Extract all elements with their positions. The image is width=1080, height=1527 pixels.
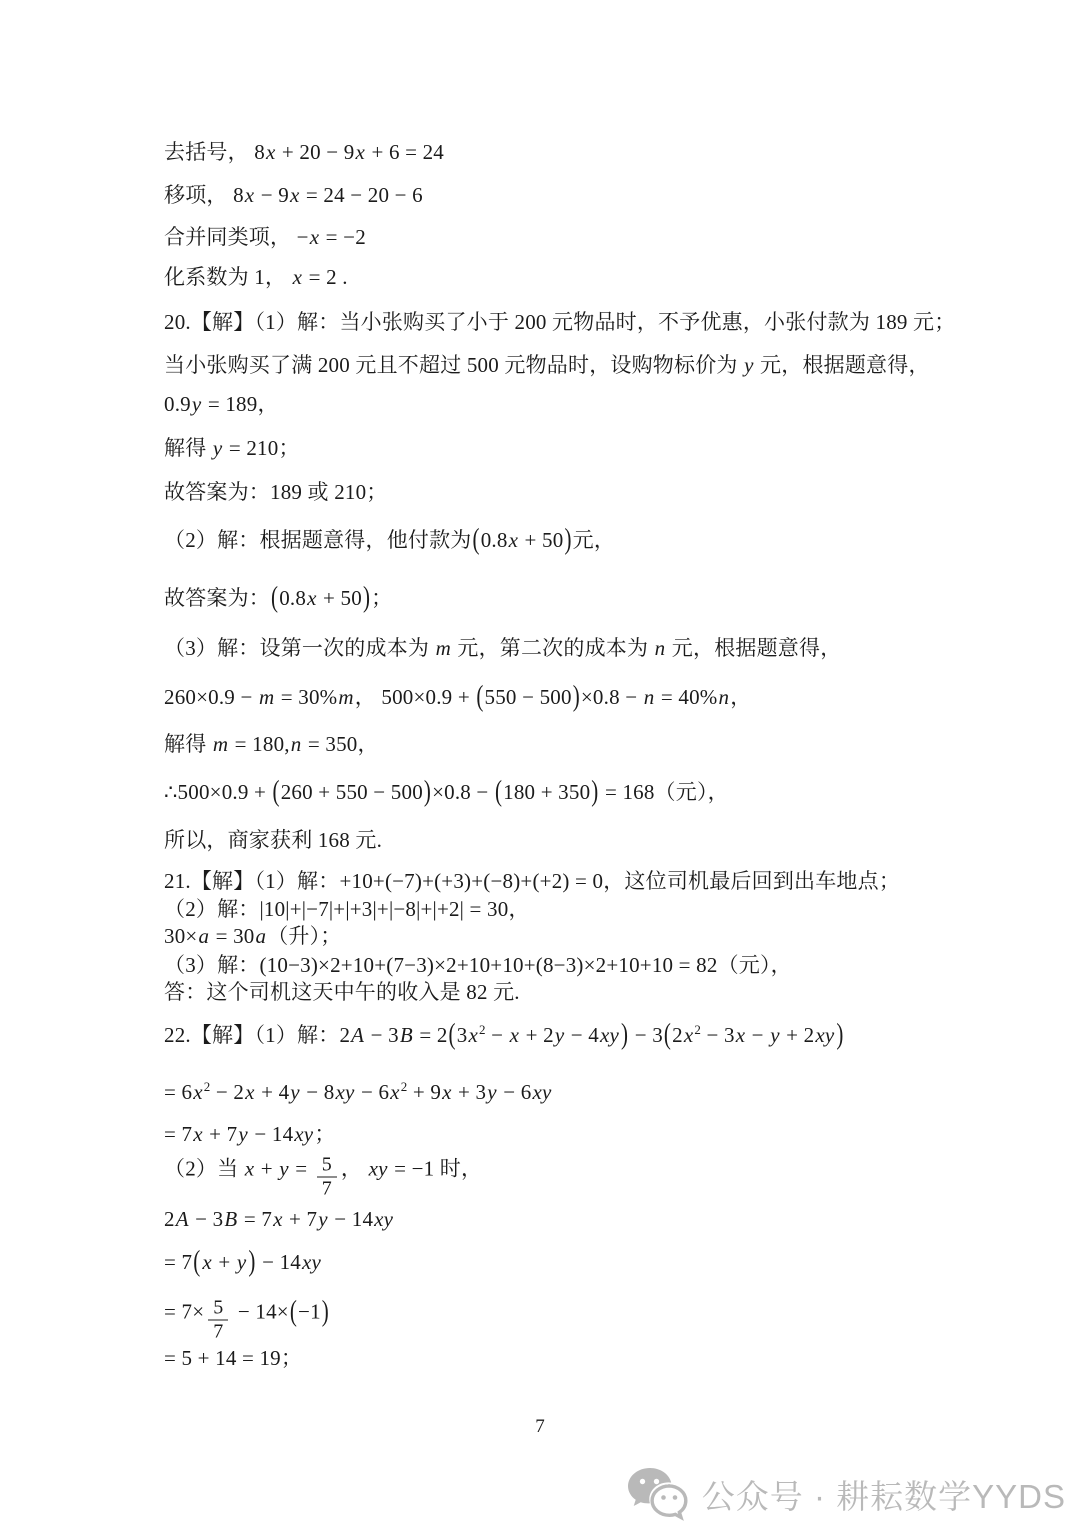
text-segment: y bbox=[237, 1122, 249, 1146]
fraction: 57 bbox=[208, 1298, 228, 1343]
solution-line: 答：这个司机这天中午的收入是 82 元. bbox=[164, 979, 520, 1005]
text-segment: − 14 bbox=[249, 1122, 293, 1146]
text-segment: = −1 bbox=[389, 1157, 435, 1181]
wechat-icon bbox=[626, 1466, 690, 1522]
text-segment: m bbox=[212, 732, 229, 756]
text-segment: = 180, bbox=[229, 732, 290, 756]
solution-line: 30×a = 30a（升）； bbox=[164, 923, 342, 949]
text-segment: − 2 bbox=[210, 1080, 244, 1104]
text-segment: 0.8 bbox=[279, 586, 306, 610]
text-segment: − 9 bbox=[255, 183, 289, 207]
text-segment: x bbox=[354, 140, 366, 164]
text-segment: 21.【解】（1）解： bbox=[164, 869, 339, 893]
text-segment: xy bbox=[599, 1023, 620, 1047]
watermark: 公众号 · 耕耘数学YYDS bbox=[626, 1466, 1066, 1522]
text-segment: − 8 bbox=[301, 1080, 335, 1104]
solution-line: （2）解：|10|+|−7|+|+3|+|−8|+|+2| = 30， bbox=[164, 896, 530, 922]
text-segment: 2 bbox=[339, 1023, 350, 1047]
solution-line: = 6x2 − 2x + 4y − 8xy − 6x2 + 9x + 3y − … bbox=[164, 1079, 552, 1105]
solution-line: 化系数为 1， x = 2 . bbox=[164, 264, 348, 290]
text-segment: + 7 bbox=[284, 1207, 318, 1231]
text-segment: − 6 bbox=[356, 1080, 390, 1104]
document-page: 去括号， 8x + 20 − 9x + 6 = 24移项， 8x − 9x = … bbox=[0, 0, 1080, 1527]
solution-line: 合并同类项， −x = −2 bbox=[164, 224, 366, 250]
text-segment: = 168 bbox=[600, 780, 655, 804]
text-segment: = 7 bbox=[164, 1122, 192, 1146]
text-segment: x bbox=[441, 1080, 453, 1104]
text-segment: − bbox=[297, 225, 309, 249]
text-segment: − 6 bbox=[498, 1080, 532, 1104]
text-segment: = 189 bbox=[202, 392, 257, 416]
text-segment: （2）当 bbox=[164, 1157, 244, 1181]
text-segment: y bbox=[486, 1080, 498, 1104]
text-segment: xy bbox=[334, 1080, 355, 1104]
text-segment: 2 bbox=[672, 1023, 683, 1047]
text-segment: 180 + 350 bbox=[503, 780, 590, 804]
text-segment: x bbox=[306, 586, 318, 610]
text-segment: = 30% bbox=[275, 685, 337, 709]
text-segment: = 210 bbox=[223, 436, 278, 460]
text-segment: = 7 bbox=[164, 1250, 192, 1274]
text-segment: ； bbox=[314, 1122, 335, 1146]
text-segment: y bbox=[769, 1023, 781, 1047]
text-segment: 化系数为 1， bbox=[164, 265, 292, 289]
solution-line: = 7×57 − 14×(−1) bbox=[164, 1298, 330, 1343]
text-segment: x bbox=[292, 265, 304, 289]
solution-line: （3）解：(10−3)×2+10+(7−3)×2+10+10+(8−3)×2+1… bbox=[164, 952, 792, 978]
text-segment: + 2 bbox=[781, 1023, 815, 1047]
text-segment: （元）， bbox=[655, 780, 729, 804]
solution-line: 所以，商家获利 168 元. bbox=[164, 827, 382, 853]
text-segment: 元， bbox=[573, 528, 615, 552]
text-segment: 8 bbox=[233, 183, 244, 207]
text-segment: x bbox=[265, 140, 277, 164]
text-segment: = 30 bbox=[210, 924, 254, 948]
text-segment: ×0.8 − bbox=[432, 780, 494, 804]
text-segment: ) bbox=[572, 677, 581, 714]
text-segment: 3 bbox=[457, 1023, 468, 1047]
text-segment: = 2 . bbox=[303, 265, 348, 289]
text-segment: 移项， bbox=[164, 183, 233, 207]
text-segment: + 9 bbox=[407, 1080, 441, 1104]
solution-line: 21.【解】（1）解：+10+(−7)+(+3)+(−8)+(+2) = 0，这… bbox=[164, 868, 900, 894]
text-segment: y bbox=[554, 1023, 566, 1047]
text-segment: = 350 bbox=[302, 732, 357, 756]
text-segment: ( bbox=[472, 520, 481, 557]
text-segment: + 20 − 9 bbox=[276, 140, 354, 164]
text-segment: 0.8 bbox=[481, 528, 508, 552]
text-segment: 2 bbox=[164, 1207, 175, 1231]
text-segment: = 7× bbox=[164, 1300, 204, 1324]
text-segment: ， bbox=[508, 897, 529, 921]
text-segment: 合并同类项， bbox=[164, 225, 297, 249]
text-segment: 0.9 bbox=[164, 392, 191, 416]
text-segment: 260×0.9 − bbox=[164, 685, 258, 709]
text-segment: ) bbox=[563, 520, 572, 557]
text-segment: A bbox=[350, 1023, 365, 1047]
solution-line: 解得 y = 210； bbox=[164, 435, 300, 461]
text-segment: x bbox=[192, 1122, 204, 1146]
text-segment: x bbox=[683, 1023, 695, 1047]
text-segment: ) bbox=[321, 1292, 330, 1329]
text-segment: xy bbox=[301, 1250, 322, 1274]
text-segment: （3）解：设第一次的成本为 bbox=[164, 636, 435, 660]
text-segment: − 4 bbox=[565, 1023, 599, 1047]
text-segment: − 3 bbox=[701, 1023, 735, 1047]
text-segment: 500×0.9 + bbox=[381, 685, 475, 709]
solution-line: = 5 + 14 = 19； bbox=[164, 1345, 302, 1371]
solution-line: 故答案为：(0.8x + 50)； bbox=[164, 585, 392, 611]
text-segment: x bbox=[509, 1023, 521, 1047]
text-segment: 550 − 500 bbox=[485, 685, 572, 709]
text-segment: − 14 bbox=[329, 1207, 373, 1231]
superscript: 2 bbox=[479, 1022, 486, 1037]
text-segment: ) bbox=[835, 1015, 844, 1052]
text-segment: ) bbox=[590, 772, 599, 809]
text-segment: ( bbox=[475, 677, 484, 714]
text-segment: − bbox=[486, 1023, 509, 1047]
text-segment: A bbox=[175, 1207, 190, 1231]
text-segment: B bbox=[399, 1023, 414, 1047]
text-segment: xy bbox=[368, 1157, 389, 1181]
text-segment: + 4 bbox=[256, 1080, 290, 1104]
text-segment: + 6 = 24 bbox=[366, 140, 444, 164]
solution-line: = 7(x + y) − 14xy bbox=[164, 1249, 322, 1275]
text-segment: x bbox=[508, 528, 520, 552]
text-segment: ； bbox=[278, 436, 299, 460]
text-segment: （2）解：根据题意得，他付款为 bbox=[164, 528, 472, 552]
text-segment: xy bbox=[814, 1023, 835, 1047]
solution-line: = 7x + 7y − 14xy； bbox=[164, 1121, 336, 1147]
text-segment: ， bbox=[357, 732, 378, 756]
text-segment: y bbox=[236, 1250, 248, 1274]
text-segment: x bbox=[244, 1080, 256, 1104]
text-segment: + bbox=[213, 1250, 236, 1274]
text-segment: x bbox=[192, 1080, 204, 1104]
text-segment: x bbox=[389, 1080, 401, 1104]
text-segment: m bbox=[258, 685, 275, 709]
watermark-text: 公众号 · 耕耘数学YYDS bbox=[702, 1471, 1066, 1518]
solution-line: 去括号， 8x + 20 − 9x + 6 = 24 bbox=[164, 139, 444, 165]
text-segment: y bbox=[743, 353, 755, 377]
text-segment: xy bbox=[531, 1080, 552, 1104]
text-segment: − 3 bbox=[190, 1207, 224, 1231]
text-segment: + 3 bbox=[453, 1080, 487, 1104]
text-segment: = −2 bbox=[320, 225, 366, 249]
text-segment: m bbox=[435, 636, 452, 660]
text-segment: x bbox=[289, 183, 301, 207]
text-segment: − 14× bbox=[232, 1300, 288, 1324]
text-segment: 20.【解】（1）解：当小张购买了小于 200 元物品时，不予优惠，小张付款为 … bbox=[164, 310, 955, 334]
solution-line: （2）解：根据题意得，他付款为(0.8x + 50)元， bbox=[164, 527, 615, 553]
text-segment: = 24 − 20 − 6 bbox=[300, 183, 422, 207]
solution-line: （2）当 x + y = 57， xy = −1 时， bbox=[164, 1155, 482, 1200]
text-segment: ) bbox=[423, 772, 432, 809]
text-segment: a bbox=[255, 924, 268, 948]
text-segment: ( bbox=[663, 1015, 672, 1052]
text-segment: ( bbox=[272, 772, 281, 809]
solution-line: 0.9y = 189， bbox=[164, 391, 279, 417]
text-segment: ， bbox=[355, 685, 382, 709]
text-segment: ( bbox=[192, 1242, 201, 1279]
text-segment: +10+(−7)+(+3)+(−8)+(+2) = 0 bbox=[339, 869, 603, 893]
solution-line: 当小张购买了满 200 元且不超过 500 元物品时，设购物标价为 y 元，根据… bbox=[164, 352, 930, 378]
text-segment: 故答案为： bbox=[164, 586, 270, 610]
text-segment: x bbox=[309, 225, 321, 249]
text-segment: 元，根据题意得， bbox=[666, 636, 841, 660]
page-number: 7 bbox=[0, 1416, 1080, 1438]
text-segment: + 50 bbox=[318, 586, 362, 610]
text-segment: ( bbox=[270, 578, 279, 615]
text-segment: x bbox=[467, 1023, 479, 1047]
text-segment: ，这位司机最后回到出车地点； bbox=[603, 869, 900, 893]
text-segment: y bbox=[278, 1157, 290, 1181]
text-segment: 解得 bbox=[164, 436, 212, 460]
text-segment: ( bbox=[289, 1292, 298, 1329]
text-segment: ( bbox=[494, 772, 503, 809]
fraction-numerator: 5 bbox=[208, 1298, 228, 1320]
text-segment: − 14 bbox=[257, 1250, 301, 1274]
text-segment: x bbox=[244, 183, 256, 207]
text-segment: 8 bbox=[254, 140, 265, 164]
text-segment: ×0.8 − bbox=[581, 685, 643, 709]
text-segment: + bbox=[255, 1157, 278, 1181]
text-segment: xy bbox=[373, 1207, 394, 1231]
text-segment: 时， bbox=[434, 1157, 482, 1181]
text-segment: ∴500×0.9 + bbox=[164, 780, 272, 804]
text-segment: = 2 bbox=[414, 1023, 448, 1047]
text-segment: −1 bbox=[298, 1300, 321, 1324]
text-segment: 去括号， bbox=[164, 140, 254, 164]
solution-line: 260×0.9 − m = 30%m， 500×0.9 + (550 − 500… bbox=[164, 684, 751, 710]
text-segment: （升）； bbox=[267, 924, 341, 948]
text-segment: 所以，商家获利 168 元. bbox=[164, 828, 382, 852]
text-segment: n bbox=[654, 636, 667, 660]
text-segment: n bbox=[717, 685, 730, 709]
text-segment: ) bbox=[362, 578, 371, 615]
text-segment: = 40% bbox=[655, 685, 717, 709]
text-segment: y bbox=[191, 392, 203, 416]
text-segment: 元，根据题意得， bbox=[755, 353, 930, 377]
fraction-denominator: 7 bbox=[317, 1177, 337, 1200]
solution-line: 解得 m = 180,n = 350， bbox=[164, 731, 379, 757]
text-segment: − 3 bbox=[629, 1023, 663, 1047]
solution-line: （3）解：设第一次的成本为 m 元，第二次的成本为 n 元，根据题意得， bbox=[164, 635, 841, 661]
text-segment: xy bbox=[293, 1122, 314, 1146]
text-segment: − bbox=[746, 1023, 769, 1047]
text-segment: = 5 + 14 = 19 bbox=[164, 1346, 281, 1370]
document-body: 去括号， 8x + 20 − 9x + 6 = 24移项， 8x − 9x = … bbox=[0, 0, 1080, 1527]
text-segment: ) bbox=[620, 1015, 629, 1052]
fraction: 57 bbox=[317, 1155, 337, 1200]
text-segment: x bbox=[201, 1250, 213, 1274]
text-segment: a bbox=[197, 924, 210, 948]
solution-line: 2A − 3B = 7x + 7y − 14xy bbox=[164, 1206, 394, 1232]
text-segment: ； bbox=[281, 1346, 302, 1370]
text-segment: ， bbox=[257, 392, 278, 416]
text-segment: + 7 bbox=[204, 1122, 238, 1146]
text-segment: B bbox=[223, 1207, 238, 1231]
fraction-denominator: 7 bbox=[208, 1320, 228, 1343]
solution-line: 20.【解】（1）解：当小张购买了小于 200 元物品时，不予优惠，小张付款为 … bbox=[164, 309, 955, 335]
text-segment: （2）解： bbox=[164, 897, 260, 921]
text-segment: 30× bbox=[164, 924, 197, 948]
text-segment: 答：这个司机这天中午的收入是 82 元. bbox=[164, 980, 520, 1004]
solution-line: 22.【解】（1）解：2A − 3B = 2(3x2 − x + 2y − 4x… bbox=[164, 1022, 845, 1048]
text-segment: n bbox=[643, 685, 656, 709]
text-segment: = bbox=[290, 1157, 313, 1181]
text-segment: x bbox=[735, 1023, 747, 1047]
solution-line: ∴500×0.9 + (260 + 550 − 500)×0.8 − (180 … bbox=[164, 779, 729, 805]
text-segment: + 50 bbox=[519, 528, 563, 552]
text-segment: ( bbox=[448, 1015, 457, 1052]
text-segment: m bbox=[337, 685, 354, 709]
text-segment: = 6 bbox=[164, 1080, 192, 1104]
text-segment: y bbox=[289, 1080, 301, 1104]
text-segment: − 3 bbox=[365, 1023, 399, 1047]
text-segment: ； bbox=[371, 586, 392, 610]
text-segment: 260 + 550 − 500 bbox=[281, 780, 423, 804]
text-segment: y bbox=[317, 1207, 329, 1231]
fraction-numerator: 5 bbox=[317, 1155, 337, 1177]
text-segment: 当小张购买了满 200 元且不超过 500 元物品时，设购物标价为 bbox=[164, 353, 743, 377]
solution-line: 故答案为：189 或 210； bbox=[164, 479, 388, 505]
text-segment: （3）解： bbox=[164, 953, 260, 977]
text-segment: (10−3)×2+10+(7−3)×2+10+10+(8−3)×2+10+10 … bbox=[260, 953, 718, 977]
text-segment: = 7 bbox=[238, 1207, 272, 1231]
solution-line: 移项， 8x − 9x = 24 − 20 − 6 bbox=[164, 182, 423, 208]
text-segment: ) bbox=[247, 1242, 256, 1279]
text-segment: ， bbox=[341, 1157, 368, 1181]
text-segment: 元，第二次的成本为 bbox=[452, 636, 654, 660]
text-segment: |10|+|−7|+|+3|+|−8|+|+2| = 30 bbox=[260, 897, 509, 921]
text-segment: n bbox=[290, 732, 303, 756]
text-segment: （元）， bbox=[718, 953, 792, 977]
text-segment: y bbox=[212, 436, 224, 460]
text-segment: ， bbox=[730, 685, 751, 709]
text-segment: x bbox=[244, 1157, 256, 1181]
text-segment: 22.【解】（1）解： bbox=[164, 1023, 339, 1047]
text-segment: 故答案为：189 或 210； bbox=[164, 480, 388, 504]
text-segment: x bbox=[272, 1207, 284, 1231]
text-segment: + 2 bbox=[520, 1023, 554, 1047]
text-segment: 解得 bbox=[164, 732, 212, 756]
